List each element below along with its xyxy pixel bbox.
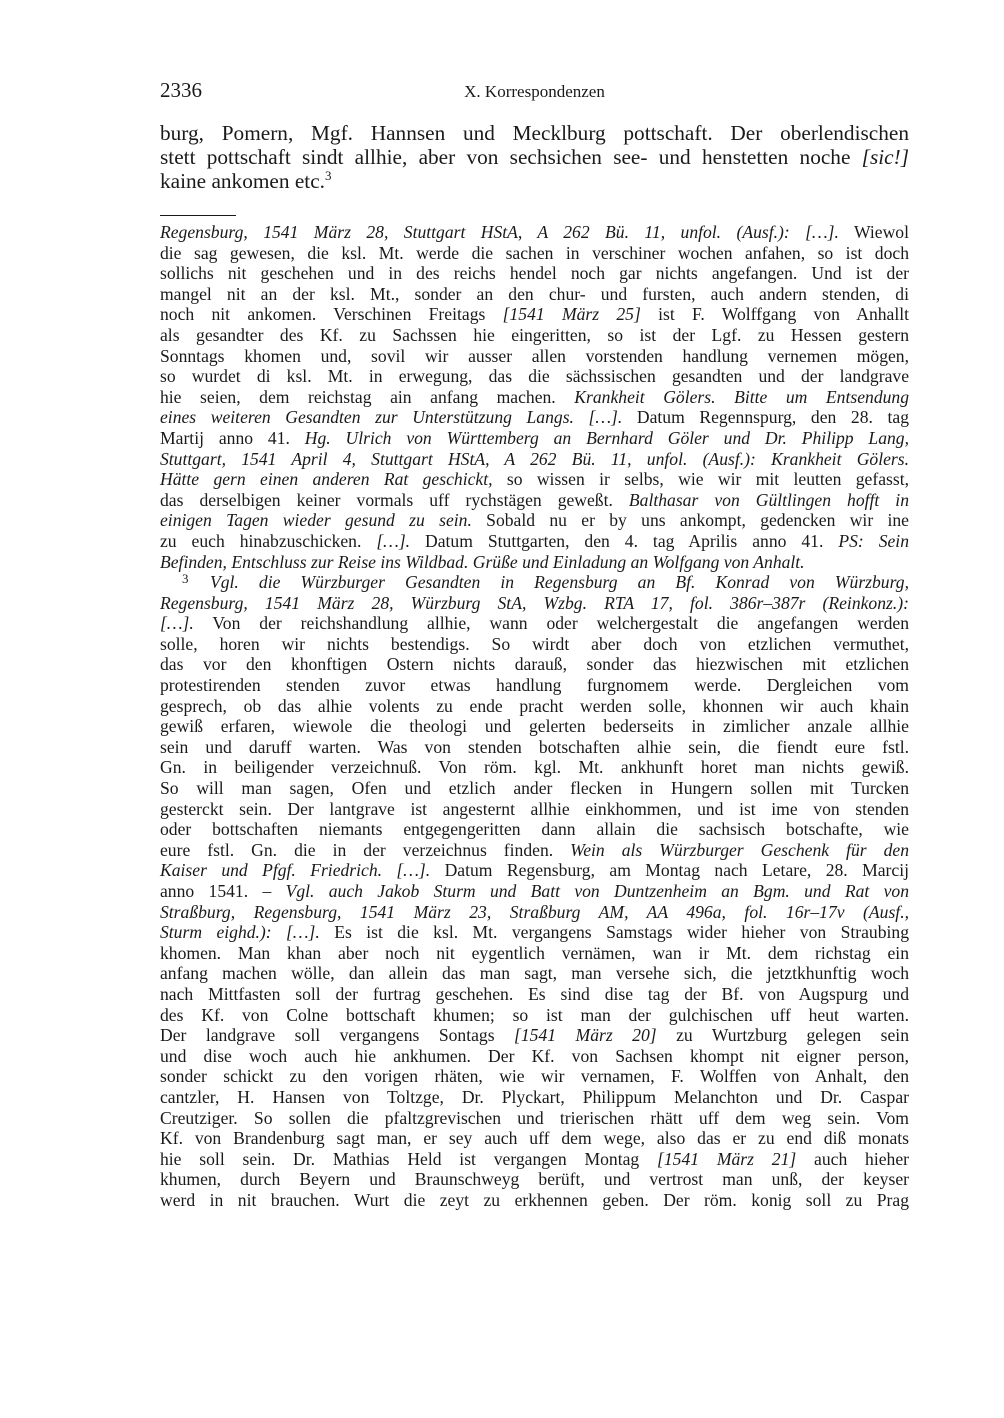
main-text-line: kaine ankomen etc.3: [160, 169, 909, 193]
footnote-line: als gesandter des Kf. zu Sachssen hie ei…: [160, 325, 909, 346]
italic-text: Hg. Ulrich von Württemberg an Bernhard G…: [305, 428, 909, 448]
footnote-line: gewiß erfaren, wiewole die theologi und …: [160, 716, 909, 737]
footnote-line: So will man sagen, Ofen und etzlich ande…: [160, 778, 909, 799]
footnote-line: und dise woch auch hie ankhumen. Der Kf.…: [160, 1046, 909, 1067]
footnote-line: werd in nit brauchen. Wurt die zeyt zu e…: [160, 1190, 909, 1211]
italic-text: […].: [160, 613, 194, 633]
footnote-line: protestirenden stenden zuvor etwas handl…: [160, 675, 909, 696]
footnote-line: Sonntags khomen und, sovil wir ausser al…: [160, 346, 909, 367]
footnote-line: 3Vgl. die Würzburger Gesandten in Regens…: [160, 572, 909, 593]
italic-text: PS: Sein: [838, 531, 909, 551]
main-text-line: stett pottschaft sindt allhie, aber von …: [160, 145, 909, 169]
footnote-line: sonder schickt zu den vorigen rhäten, wi…: [160, 1066, 909, 1087]
footnote-line: Kaiser und Pfgf. Friedrich. […]. Datum R…: [160, 860, 909, 881]
italic-text: [1541 März 21]: [657, 1149, 796, 1169]
footnote-line: Straßburg, Regensburg, 1541 März 23, Str…: [160, 902, 909, 923]
footnote-line: Creutziger. So sollen die pfaltzgrevisch…: [160, 1108, 909, 1129]
footnote-line: Regensburg, 1541 März 28, Stuttgart HStA…: [160, 222, 909, 243]
footnote-line: Regensburg, 1541 März 28, Würzburg StA, …: [160, 593, 909, 614]
footnote-line: die sag gewesen, die ksl. Mt. werde die …: [160, 243, 909, 264]
footnote-line: […]. Von der reichshandlung allhie, wann…: [160, 613, 909, 634]
footnotes: Regensburg, 1541 März 28, Stuttgart HStA…: [160, 222, 909, 1211]
footnote-line: einigen Tagen wieder gesund zu sein. Sob…: [160, 510, 909, 531]
footnote-line: cantzler, H. Hansen von Toltzge, Dr. Ply…: [160, 1087, 909, 1108]
footnote-rule: [160, 215, 236, 216]
italic-text: Hätte gern einen anderen Rat geschickt,: [160, 469, 493, 489]
italic-text: Straßburg, Regensburg, 1541 März 23, Str…: [160, 902, 909, 922]
italic-text: [1541 März 25]: [503, 304, 641, 324]
footnote-line: sein und daruff warten. Was von stenden …: [160, 737, 909, 758]
footnote-line: gesprech, ob das alhie volents zu ende p…: [160, 696, 909, 717]
footnote-line: so wurdet di ksl. Mt. in erwegung, das d…: [160, 366, 909, 387]
footnote-reference[interactable]: 3: [325, 168, 332, 183]
footnote-line: sollichs nit geschehen und in des reichs…: [160, 263, 909, 284]
footnote-line: Martij anno 41. Hg. Ulrich von Württembe…: [160, 428, 909, 449]
footnote-line: khomen. Man khan aber noch nit eygentlic…: [160, 943, 909, 964]
italic-text: Kaiser und Pfgf. Friedrich. […].: [160, 860, 430, 880]
footnote-line: khumen, durch Beyern und Braunschweyg be…: [160, 1169, 909, 1190]
footnote-line: anfang machen wölle, dan allein das man …: [160, 963, 909, 984]
footnote-line: Befinden, Entschluss zur Reise ins Wildb…: [160, 552, 909, 573]
italic-text: Sturm eighd.): […].: [160, 922, 320, 942]
footnote-line: eure fstl. Gn. die in der verzeichnus fi…: [160, 840, 909, 861]
footnote-line: zu euch hinabzuschicken. […]. Datum Stut…: [160, 531, 909, 552]
footnote-line: gesterckt sein. Der lantgrave ist angest…: [160, 799, 909, 820]
footnote-line: des Kf. von Colne bottschaft khumen; so …: [160, 1005, 909, 1026]
running-title: X. Korrespondenzen: [160, 82, 909, 102]
footnote-line: das derselbigen keiner vormals uff rychs…: [160, 490, 909, 511]
footnote-line: hie soll sein. Dr. Mathias Held ist verg…: [160, 1149, 909, 1170]
footnote-line: eines weiteren Gesandten zur Unterstützu…: [160, 407, 909, 428]
italic-text: [1541 März 20]: [514, 1025, 657, 1045]
italic-text: […].: [376, 531, 410, 551]
footnote-line: noch nit ankomen. Verschinen Freitags [1…: [160, 304, 909, 325]
main-text: burg, Pomern, Mgf. Hannsen und Mecklburg…: [160, 121, 909, 193]
italic-text: Befinden, Entschluss zur Reise ins Wildb…: [160, 552, 805, 572]
italic-text: [sic!]: [862, 145, 909, 169]
italic-text: Krankheit Gölers. Bitte um Entsendung: [574, 387, 909, 407]
footnote-line: nach Mittfasten soll der furtrag gescheh…: [160, 984, 909, 1005]
italic-text: Vgl. die Würzburger Gesandten in Regensb…: [210, 572, 909, 592]
italic-text: Balthasar von Gültlingen hofft in: [629, 490, 909, 510]
italic-text: eines weiteren Gesandten zur Unterstützu…: [160, 407, 622, 427]
footnote-line: das vor den khonftigen Ostern nichts dar…: [160, 654, 909, 675]
italic-text: Regensburg, 1541 März 28, Würzburg StA, …: [160, 593, 909, 613]
footnote-line: mangel nit an der ksl. Mt., sonder an de…: [160, 284, 909, 305]
italic-text: Stuttgart, 1541 April 4, Stuttgart HStA,…: [160, 449, 909, 469]
main-text-line: burg, Pomern, Mgf. Hannsen und Mecklburg…: [160, 121, 909, 145]
footnote-line: anno 1541. – Vgl. auch Jakob Sturm und B…: [160, 881, 909, 902]
italic-text: Vgl. auch Jakob Sturm und Batt von Duntz…: [286, 881, 909, 901]
footnote-line: Der landgrave soll vergangens Sontags [1…: [160, 1025, 909, 1046]
italic-text: Wein als Würzburger Geschenk für den: [570, 840, 909, 860]
footnote-line: solle, horen wir nichts bestendigs. So w…: [160, 634, 909, 655]
footnote-line: hie seien, dem reichstag ain anfang mach…: [160, 387, 909, 408]
page-header: 2336 X. Korrespondenzen: [160, 78, 909, 108]
document-page: 2336 X. Korrespondenzen burg, Pomern, Mg…: [160, 78, 909, 1211]
footnote-line: Stuttgart, 1541 April 4, Stuttgart HStA,…: [160, 449, 909, 470]
footnote-line: Sturm eighd.): […]. Es ist die ksl. Mt. …: [160, 922, 909, 943]
footnote-line: Gn. in beiligender verzeichnuß. Von röm.…: [160, 757, 909, 778]
footnote-line: Hätte gern einen anderen Rat geschickt, …: [160, 469, 909, 490]
footnote-line: oder bottschaften niemants entgegengerit…: [160, 819, 909, 840]
italic-text: einigen Tagen wieder gesund zu sein.: [160, 510, 472, 530]
italic-text: Regensburg, 1541 März 28, Stuttgart HStA…: [160, 222, 839, 242]
footnote-line: Kf. von Brandenburg sagt man, er sey auc…: [160, 1128, 909, 1149]
